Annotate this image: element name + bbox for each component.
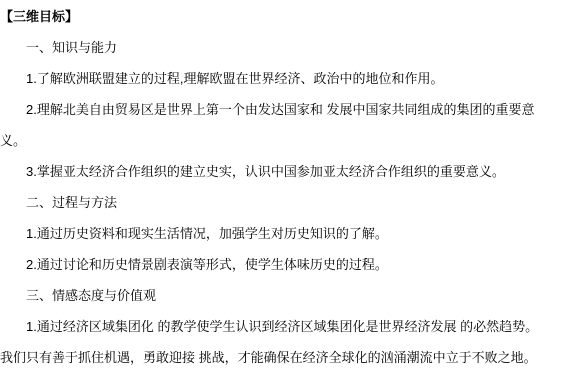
process-item-2: 2.通过讨论和历史情景剧表演等形式，使学生体味历史的过程。 xyxy=(0,249,566,280)
emotion-item-1: 1.通过经济区域集团化 的教学使学生认识到经济区域集团化是世界经济发展 的必然趋… xyxy=(0,311,566,373)
lesson-plan-document: 【三维目标】 一、知识与能力 1.了解欧洲联盟建立的过程,理解欧盟在世界经济、政… xyxy=(0,0,566,383)
knowledge-item-1: 1.了解欧洲联盟建立的过程,理解欧盟在世界经济、政治中的地位和作用。 xyxy=(0,63,566,94)
heading-process-and-method: 二、过程与方法 xyxy=(0,187,566,218)
doc-title: 【三维目标】 xyxy=(0,1,566,32)
heading-emotion-attitude-values: 三、情感态度与价值观 xyxy=(0,280,566,311)
heading-knowledge-and-ability: 一、知识与能力 xyxy=(0,32,566,63)
knowledge-item-3: 3.掌握亚太经济合作组织的建立史实，认识中国参加亚太经济合作组织的重要意义。 xyxy=(0,156,566,187)
process-item-1: 1.通过历史资料和现实生活情况，加强学生对历史知识的了解。 xyxy=(0,218,566,249)
knowledge-item-2: 2.理解北美自由贸易区是世界上第一个由发达国家和 发展中国家共同组成的集团的重要… xyxy=(0,94,566,156)
